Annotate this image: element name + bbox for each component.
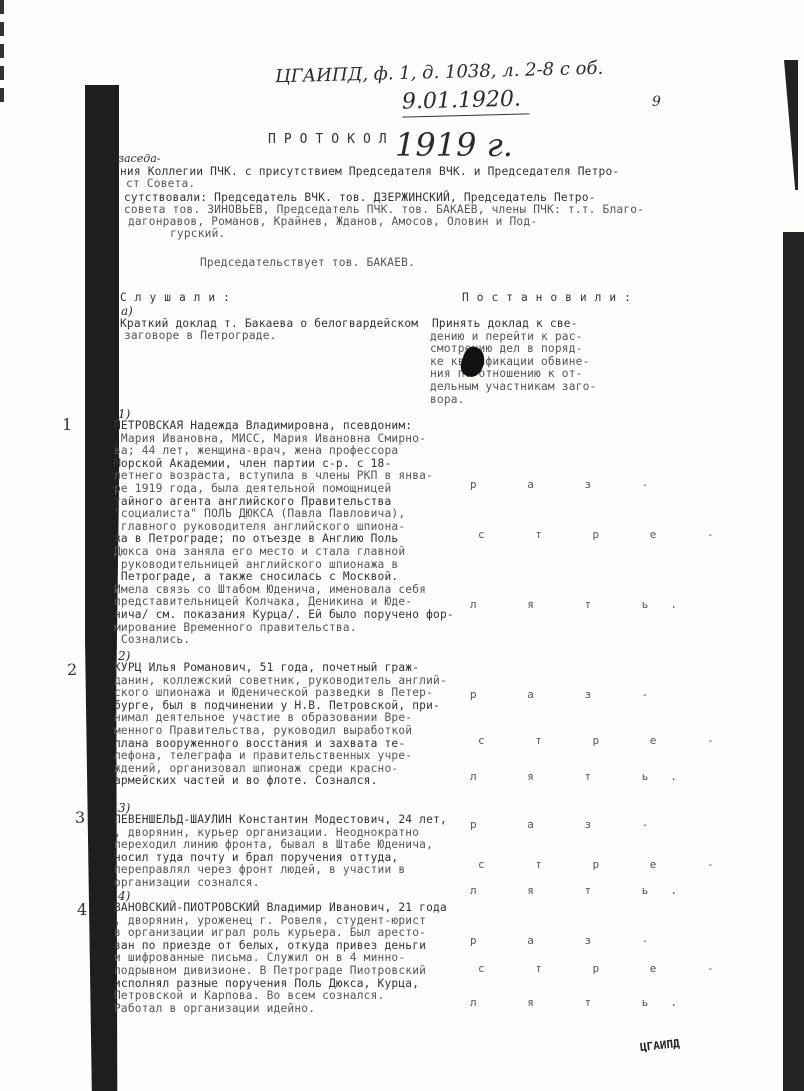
entry-line: мирование Временного правительства. bbox=[114, 622, 357, 634]
sentence-word: с т р е - bbox=[478, 734, 736, 747]
margin-number: 3 bbox=[75, 808, 85, 827]
entry-line: ВАНОВСКИЙ-ПИОТРОВСКИЙ Владимир Иванович,… bbox=[114, 902, 447, 914]
entry-line: Имела связь со Штабом Юденича, именовала… bbox=[114, 584, 426, 596]
entry-line: , дворянин, уроженец г. Ровеля, студент-… bbox=[114, 915, 426, 927]
entry-line: жа в Петрограде; по отъезде в Англию Пол… bbox=[114, 533, 398, 545]
handwritten-date: 9.01.1920. bbox=[402, 86, 530, 117]
document-page: ЦГАИПД, ф. 1, д. 1038, л. 2-8 с об. 9.01… bbox=[0, 0, 804, 1091]
archive-stamp: ЦГАИПД bbox=[640, 1038, 681, 1053]
entry-line: ва; 44 лет, женщина-врач, жена профессор… bbox=[114, 445, 398, 457]
sentence-word: р а з - bbox=[470, 688, 670, 701]
entry-line: бурге, был в подчинении у Н.В. Петровско… bbox=[114, 700, 440, 712]
archive-reference: ЦГАИПД, ф. 1, д. 1038, л. 2-8 с об. bbox=[275, 58, 604, 88]
sentence-word: р а з - bbox=[470, 934, 670, 947]
sentence-word: р а з - bbox=[470, 818, 670, 831]
entry-line: Работал в организации идейно. bbox=[114, 1003, 315, 1015]
sentence-word: л я т ь. bbox=[470, 884, 699, 897]
resolved-line: вора. bbox=[430, 394, 465, 406]
entry-line: подрывном дивизионе. В Петрограде Пиотро… bbox=[114, 965, 426, 977]
sentence-word: с т р е - bbox=[478, 962, 736, 975]
item-marker: а) bbox=[121, 304, 133, 318]
column-resolved: Постановили: bbox=[462, 292, 639, 304]
entry-line: ЛЕВЕНШЕЛЬД-ШАУЛИН Константин Модестович,… bbox=[114, 814, 447, 826]
entry-line: Петрограде, а также сносилась с Москвой. bbox=[114, 571, 398, 583]
entry-line: КУРЦ Илья Романович, 51 года, почетный г… bbox=[114, 662, 419, 674]
entry-line: лефона, телеграфа и правительственных уч… bbox=[114, 750, 412, 762]
margin-note: заседа- bbox=[118, 152, 160, 165]
resolved-line: дению и перейти к рас- bbox=[430, 331, 583, 343]
entry-line: организации сознался. bbox=[114, 877, 260, 889]
entry-line: исполнял разные поручения Поль Дюкса, Ку… bbox=[114, 978, 419, 990]
handwritten-year: 1919 г. bbox=[395, 126, 513, 164]
entry-line: ПЕТРОВСКАЯ Надежда Владимировна, псевдон… bbox=[114, 420, 412, 432]
entry-line: Мария Ивановна, МИСС, Мария Ивановна Сми… bbox=[114, 433, 426, 445]
sentence-word: р а з - bbox=[470, 478, 670, 491]
entry-line: данин, коллежский советник, руководитель… bbox=[114, 675, 447, 687]
entry-line: плана вооруженного восстания и захвата т… bbox=[114, 738, 405, 750]
entry-line: , дворянин, курьер организации. Неоднокр… bbox=[114, 827, 419, 839]
sentence-word: л я т ь. bbox=[470, 996, 699, 1009]
resolved-line: дельным участникам заго- bbox=[430, 381, 596, 393]
entry-line: армейских частей и во флоте. Сознался. bbox=[114, 775, 378, 787]
entry-line: переходил линию фронта, бывал в Штабе Юд… bbox=[114, 839, 433, 851]
entry-line: ван по приезде от белых, откуда привез д… bbox=[114, 940, 426, 952]
entry-line: Дюкса она заняла его место и стала главн… bbox=[114, 546, 405, 558]
entry-line: менного Правительства, руководил выработ… bbox=[114, 725, 412, 737]
resolved-line: ния по отношению к от- bbox=[430, 368, 583, 380]
entry-line: летнего возраста, вступила в члены РКП в… bbox=[114, 470, 433, 482]
column-heard: Слушали: bbox=[120, 292, 238, 304]
sentence-word: с т р е - bbox=[478, 528, 736, 541]
entry-line: носил туда почту и брал поручения оттуда… bbox=[114, 852, 398, 864]
entry-line: нича/ см. показания Курца/. Ей было пору… bbox=[114, 609, 454, 621]
entry-line: главного руководителя английского шпиона… bbox=[114, 521, 405, 533]
page-mark: 9 bbox=[652, 94, 661, 110]
chair-line: Председательствует тов. БАКАЕВ. bbox=[200, 257, 415, 269]
entry-line: тайного агента английского Правительства bbox=[114, 496, 391, 508]
entry-line: ре 1919 года, была деятельной помощницей bbox=[114, 483, 391, 495]
margin-number: 4 bbox=[77, 900, 87, 919]
resolved-line: смотрению дел в поряд- bbox=[430, 343, 583, 355]
entry-line: в организации играл роль курьера. Был ар… bbox=[114, 927, 426, 939]
binding-shadow-right bbox=[783, 232, 804, 1091]
entry-line: переправлял через фронт людей, в участии… bbox=[114, 864, 405, 876]
entry-line: ждений, организовал шпионаж среди красно… bbox=[114, 763, 398, 775]
header-line: гурский. bbox=[170, 228, 225, 240]
entry-line: ского шпионажа и Юденической разведки в … bbox=[114, 687, 433, 699]
heard-line: заговоре в Петрограде. bbox=[124, 330, 277, 342]
entry-line: руководительницей английского шпионажа в bbox=[114, 559, 398, 571]
sentence-word: с т р е - bbox=[478, 858, 736, 871]
entry-line: представительницей Колчака, Деникина и Ю… bbox=[114, 596, 412, 608]
document-title: ПРОТОКОЛ bbox=[268, 134, 395, 146]
entry-line: нимал деятельное участие в образовании В… bbox=[114, 712, 412, 724]
entry-line: Морской Академии, член партии с-р. с 18- bbox=[114, 458, 391, 470]
sentence-word: л я т ь. bbox=[470, 598, 699, 611]
margin-number: 1 bbox=[62, 415, 72, 434]
header-line: ст Совета. bbox=[126, 178, 195, 190]
binding-shadow-right-top bbox=[784, 60, 798, 190]
resolved-line: Принять доклад к све- bbox=[432, 318, 578, 330]
sentence-word: л я т ь. bbox=[470, 770, 699, 783]
margin-number: 2 bbox=[67, 660, 77, 679]
resolved-line: ке квалификации обвине- bbox=[430, 356, 590, 368]
scan-edge-marks bbox=[0, 0, 4, 110]
entry-line: и шифрованные письма. Служил он в 4 минн… bbox=[114, 952, 405, 964]
entry-line: Петровской и Карпова. Во всем сознался. bbox=[114, 990, 384, 1002]
entry-line: "социалиста" ПОЛЬ ДЮКСА (Павла Павловича… bbox=[114, 508, 405, 520]
entry-line: Сознались. bbox=[114, 634, 190, 646]
